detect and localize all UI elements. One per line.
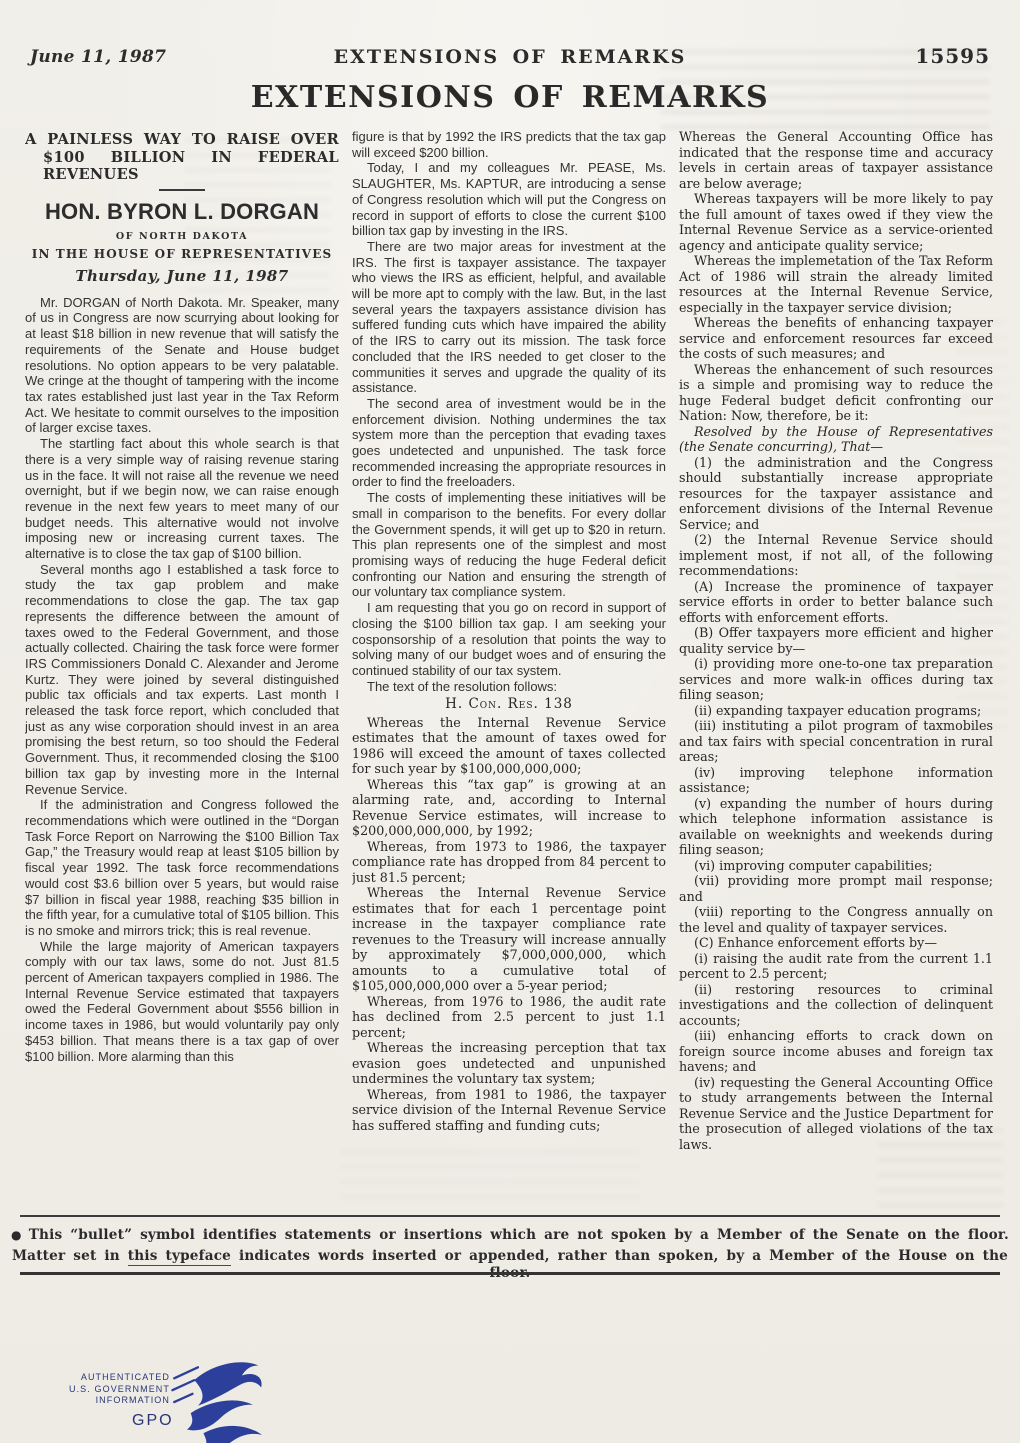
footnote-line1-text: This “bullet” symbol identifies statemen…	[29, 1227, 1009, 1243]
bullet-icon: ●	[11, 1228, 22, 1242]
paragraph: (2) the Internal Revenue Service should …	[679, 532, 993, 579]
paragraph: (iii) enhancing efforts to crack down on…	[679, 1028, 993, 1075]
paragraph: (i) providing more one-to-one tax prepar…	[679, 656, 993, 703]
paragraph: I am requesting that you go on record in…	[352, 600, 666, 679]
paragraph: (iii) instituting a pilot program of tax…	[679, 718, 993, 765]
column-3-body: Whereas the General Accounting Office ha…	[679, 129, 993, 1152]
paragraph: Whereas the implemetation of the Tax Ref…	[679, 253, 993, 315]
paragraph: (C) Enhance enforcement efforts by—	[679, 935, 993, 951]
running-title: EXTENSIONS OF REMARKS	[0, 46, 1020, 68]
paragraph: The second area of investment would be i…	[352, 396, 666, 490]
footnote-rule-top	[20, 1215, 1000, 1217]
paragraph: Whereas, from 1976 to 1986, the audit ra…	[352, 994, 666, 1041]
gpo-logo-line2: U.S. GOVERNMENT	[52, 1384, 170, 1396]
dateline: Thursday, June 11, 1987	[25, 268, 339, 285]
paragraph: The text of the resolution follows:	[352, 679, 666, 695]
footnote-bullet-note: ●This “bullet” symbol identifies stateme…	[0, 1227, 1020, 1244]
headline-divider	[159, 189, 205, 191]
gpo-logo-text: AUTHENTICATED U.S. GOVERNMENT INFORMATIO…	[52, 1372, 170, 1407]
paragraph: Several months ago I established a task …	[25, 562, 339, 798]
paragraph: Today, I and my colleagues Mr. PEASE, Ms…	[352, 160, 666, 239]
running-head: June 11, 1987 EXTENSIONS OF REMARKS 1559…	[0, 44, 1020, 78]
column-1: A PAINLESS WAY TO RAISE OVER $100 BILLIO…	[25, 129, 339, 1215]
column-1-body: Mr. DORGAN of North Dakota. Mr. Speaker,…	[25, 295, 339, 1064]
paragraph: Whereas the Internal Revenue Service est…	[352, 715, 666, 777]
paragraph: figure is that by 1992 the IRS predicts …	[352, 129, 666, 160]
paragraph: Mr. DORGAN of North Dakota. Mr. Speaker,…	[25, 295, 339, 436]
paragraph: (iv) requesting the General Accounting O…	[679, 1075, 993, 1153]
paragraph: (vii) providing more prompt mail respons…	[679, 873, 993, 904]
footnote-typeface-note: Matter set in this typeface indicates wo…	[0, 1248, 1020, 1282]
article-headline: A PAINLESS WAY TO RAISE OVER $100 BILLIO…	[25, 131, 339, 184]
paragraph: The startling fact about this whole sear…	[25, 436, 339, 562]
paragraph: H. Con. Res. 138	[352, 697, 666, 713]
paragraph: (B) Offer taxpayers more efficient and h…	[679, 625, 993, 656]
footnote-line2-pre: Matter set in	[12, 1248, 128, 1264]
speaker-chamber: IN THE HOUSE OF REPRESENTATIVES	[25, 248, 339, 261]
paragraph: Whereas the General Accounting Office ha…	[679, 129, 993, 191]
speaker-name: HON. BYRON L. DORGAN	[25, 200, 339, 224]
paragraph: (1) the administration and the Congress …	[679, 455, 993, 533]
section-title: EXTENSIONS OF REMARKS	[0, 82, 1020, 114]
column-3: Whereas the General Accounting Office ha…	[679, 129, 993, 1215]
footnote-line2-post: indicates words inserted or appended, ra…	[231, 1248, 1008, 1281]
paragraph: Whereas, from 1981 to 1986, the taxpayer…	[352, 1087, 666, 1134]
footnote-typeface-sample: this typeface	[128, 1248, 231, 1266]
column-2: figure is that by 1992 the IRS predicts …	[352, 129, 666, 1215]
paragraph: There are two major areas for investment…	[352, 239, 666, 396]
paragraph: (v) expanding the number of hours during…	[679, 796, 993, 858]
paragraph: Whereas this “tax gap” is growing at an …	[352, 777, 666, 839]
gpo-logo-line1: AUTHENTICATED	[52, 1372, 170, 1384]
gpo-acronym: GPO	[132, 1412, 174, 1429]
column-2-body: figure is that by 1992 the IRS predicts …	[352, 129, 666, 1133]
paragraph: Whereas, from 1973 to 1986, the taxpayer…	[352, 839, 666, 886]
paragraph: While the large majority of American tax…	[25, 939, 339, 1065]
congressional-record-page: June 11, 1987 EXTENSIONS OF REMARKS 1559…	[0, 0, 1020, 1443]
paragraph: (iv) improving telephone information ass…	[679, 765, 993, 796]
paragraph: (A) Increase the prominence of taxpayer …	[679, 579, 993, 626]
gpo-eagle-icon	[170, 1360, 290, 1443]
paragraph: (i) raising the audit rate from the curr…	[679, 951, 993, 982]
paragraph: Whereas the enhancement of such resource…	[679, 362, 993, 424]
gpo-authentication-logo: AUTHENTICATED U.S. GOVERNMENT INFORMATIO…	[52, 1366, 292, 1442]
paragraph: Whereas taxpayers will be more likely to…	[679, 191, 993, 253]
paragraph: Whereas the increasing perception that t…	[352, 1040, 666, 1087]
paragraph: (vi) improving computer capabilities;	[679, 858, 993, 874]
paragraph: (viii) reporting to the Congress annuall…	[679, 904, 993, 935]
paragraph: Whereas the Internal Revenue Service est…	[352, 885, 666, 994]
page-number: 15595	[915, 45, 990, 67]
gpo-logo-line3: INFORMATION	[52, 1395, 170, 1407]
paragraph: Resolved by the House of Representatives…	[679, 424, 993, 455]
paragraph: Whereas the benefits of enhancing taxpay…	[679, 315, 993, 362]
paragraph: If the administration and Congress follo…	[25, 797, 339, 938]
speaker-state: OF NORTH DAKOTA	[25, 231, 339, 242]
paragraph: The costs of implementing these initiati…	[352, 490, 666, 600]
paragraph: (ii) restoring resources to criminal inv…	[679, 982, 993, 1029]
text-columns: A PAINLESS WAY TO RAISE OVER $100 BILLIO…	[25, 129, 995, 1215]
paragraph: (ii) expanding taxpayer education progra…	[679, 703, 993, 719]
footnote-rule-bottom	[20, 1272, 1000, 1275]
